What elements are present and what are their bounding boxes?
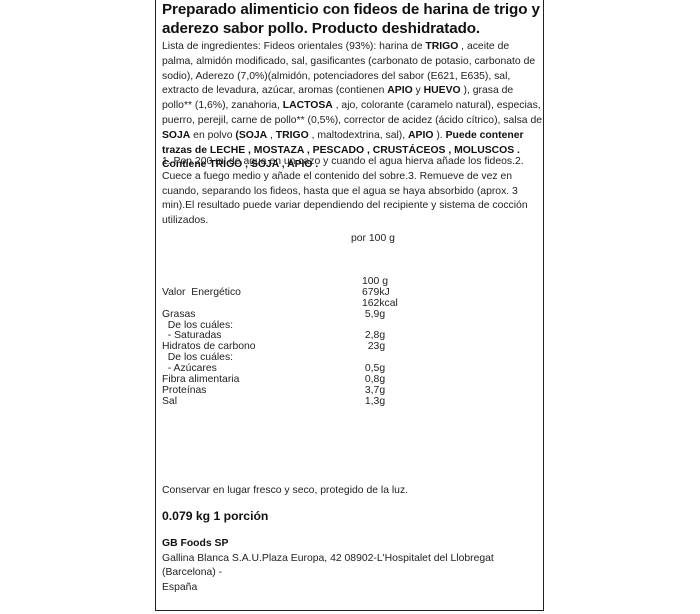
ingredient-text: en polvo [190,130,235,141]
company-address-line: España [162,581,542,596]
company-info: GB Foods SP Gallina Blanca S.A.U.Plaza E… [162,537,542,595]
nutrient-label: Sal [162,397,177,408]
ingredient-text: , maltodextrina, sal), [309,130,408,141]
product-info-panel: Preparado alimenticio con fideos de hari… [155,0,544,611]
nutrition-row: Sal 1,3g [162,397,422,408]
storage-instructions: Conservar en lugar fresco y seco, proteg… [162,485,408,496]
ingredient-text: y [413,85,424,96]
allergen-text: SOJA [162,130,190,141]
nutrition-header: por 100 g [351,233,395,244]
preparation-instructions: 1. Pon 200 ml de agua en un cazo y cuand… [162,155,542,229]
ingredients-list: Lista de ingredientes: Fideos orientales… [162,40,542,173]
ingredient-text: ). [433,130,445,141]
company-address-line: Gallina Blanca S.A.U.Plaza Europa, 42 08… [162,552,542,567]
allergen-text: APIO [408,130,433,141]
allergen-text: (SOJA [235,130,267,141]
nutrient-value: 1,3g [362,397,385,408]
nutrition-row: Grasas 5,9g [162,310,422,321]
nutrient-label: Valor Energético [162,288,241,299]
net-weight: 0.079 kg 1 porción [162,509,268,523]
allergen-text: TRIGO [276,130,309,141]
allergen-text: TRIGO [425,41,458,52]
company-address-line: (Barcelona) - [162,566,542,581]
ingredient-text: , [267,130,276,141]
allergen-text: LACTOSA [283,100,333,111]
allergen-text: APIO [387,85,412,96]
nutrient-value: 5,9g [362,310,385,321]
product-title: Preparado alimenticio con fideos de hari… [162,0,547,38]
allergen-text: HUEVO [424,85,461,96]
nutrient-value: 23g [362,342,385,353]
ingredient-text: Lista de ingredientes: Fideos orientales… [162,41,425,52]
nutrition-table: 100 gValor Energético679kJ162kcalGrasas … [162,277,422,408]
nutrient-label: Grasas [162,310,196,321]
company-name: GB Foods SP [162,537,542,552]
